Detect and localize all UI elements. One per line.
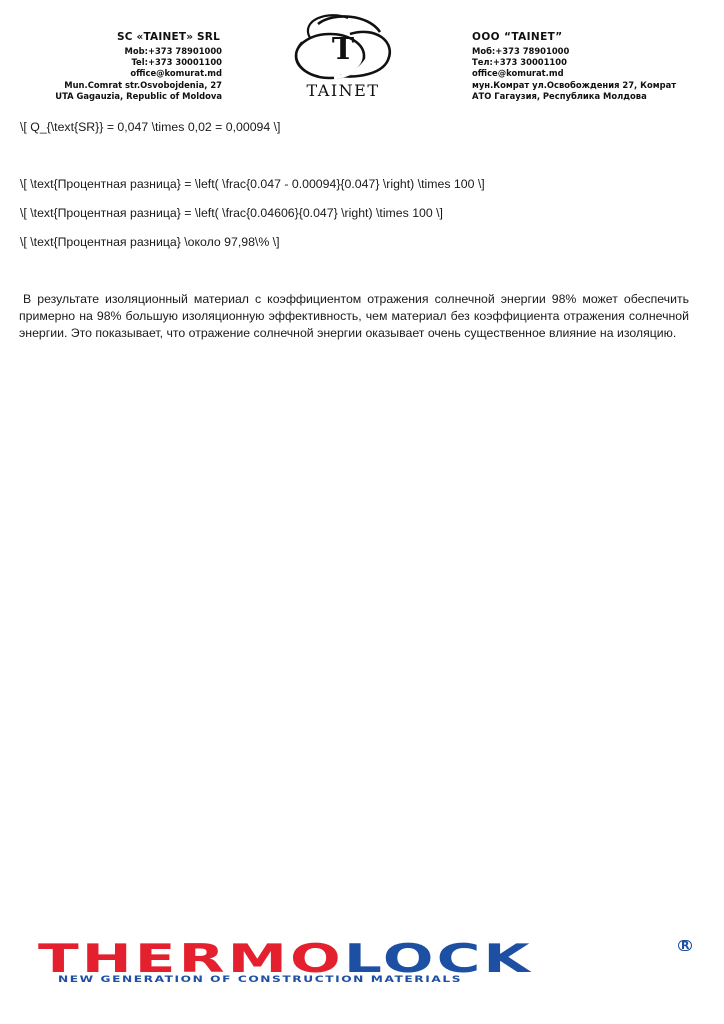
formula-percent-diff-step2: \[ \text{Процентная разница} = \left( \f…	[20, 206, 443, 220]
street-address: Mun.Comrat str.Osvobojdenia, 27	[20, 80, 222, 91]
company-name-cyrillic: ООО “TAINET”	[472, 31, 712, 43]
letterhead-right-block: ООО “TAINET” Моб:+373 78901000 Тел:+373 …	[472, 31, 712, 102]
cloud-ring-logo-icon: T	[288, 12, 398, 82]
conclusion-paragraph: В результате изоляционный материал с коэ…	[19, 291, 689, 343]
mobile-number-ru: Моб:+373 78901000	[472, 46, 712, 57]
letterhead-left-block: SC «TAINET» SRL Mob:+373 78901000 Tel:+3…	[20, 31, 222, 102]
registered-trademark-icon: R	[678, 940, 692, 951]
formula-percent-diff-step1: \[ \text{Процентная разница} = \left( \f…	[20, 177, 485, 191]
logo-letter: T	[332, 32, 355, 67]
phone-number: Tel:+373 30001100	[20, 57, 222, 68]
tainet-logo: T TAINET	[288, 12, 398, 102]
logo-name: TAINET	[288, 81, 398, 100]
brand-wordmark: THERMOLOCK	[38, 940, 533, 979]
region-country-ru: АТО Гагаузия, Республика Молдова	[472, 91, 712, 102]
phone-number-ru: Тел:+373 30001100	[472, 57, 712, 68]
email-address: office@komurat.md	[20, 68, 222, 79]
thermolock-brand: THERMOLOCK R NEW GENERATION OF CONSTRUCT…	[38, 940, 708, 990]
mobile-number: Mob:+373 78901000	[20, 46, 222, 57]
region-country: UTA Gagauzia, Republic of Moldova	[20, 91, 222, 102]
formula-qsr: \[ Q_{\text{SR}} = 0,047 \times 0,02 = 0…	[20, 120, 280, 134]
company-name-latin: SC «TAINET» SRL	[20, 31, 222, 43]
email-address-ru: office@komurat.md	[472, 68, 712, 79]
street-address-ru: мун.Комрат ул.Освобождения 27, Комрат	[472, 80, 712, 91]
brand-tagline: NEW GENERATION OF CONSTRUCTION MATERIALS	[58, 975, 462, 985]
formula-percent-diff-result: \[ \text{Процентная разница} \около 97,9…	[20, 235, 280, 249]
